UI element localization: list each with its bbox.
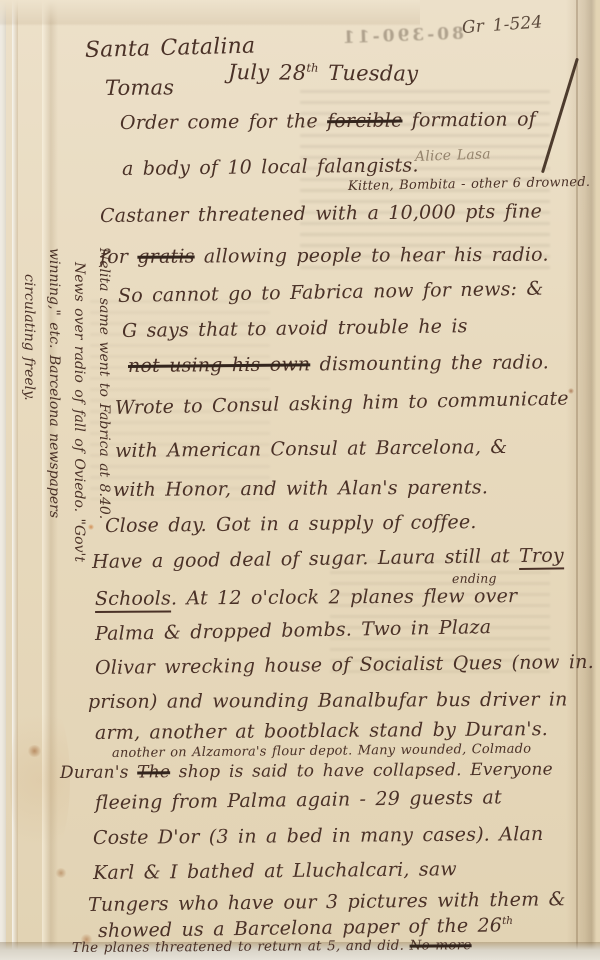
manuscript-line: Karl & I bathed at Lluchalcari, saw (93, 858, 457, 884)
line-text: with American Consul at Barcelona, & (115, 436, 508, 462)
annotation-text: Alice Lasa (415, 146, 491, 165)
line-text: Castaner threatened with a 10,000 pts fi… (100, 200, 542, 227)
manuscript-line: Castaner threatened with a 10,000 pts fi… (100, 200, 542, 227)
manuscript-line: not using his own dismounting the radio. (128, 351, 549, 377)
line-text: Coste D'or (3 in a bed in many cases). A… (93, 823, 544, 849)
line-text: a body of 10 local falangists. (122, 154, 419, 180)
line-text: for (100, 246, 138, 268)
margin-note-line: News over radio of fall of Oviedo. "Gov'… (66, 248, 91, 808)
header-date: July 28th Tuesday (228, 60, 418, 86)
struck-text: gratis (137, 246, 194, 268)
date-text: July 28 (228, 60, 307, 85)
margin-note-line: winning," etc. Barcelona newspapers (41, 248, 66, 808)
struck-text: forcible (327, 110, 403, 133)
margin-correction: Duran's (60, 762, 137, 783)
manuscript-line: a body of 10 local falangists. (122, 154, 419, 180)
header-name: Tomas (105, 75, 174, 100)
line-text: shop is said to have collapsed. Everyone (170, 760, 553, 783)
line-text: with Honor, and with Alan's parents. (113, 476, 488, 501)
manuscript-line: with American Consul at Barcelona, & (115, 436, 508, 462)
line-text: formation of (402, 108, 536, 131)
header-place: Santa Catalina (85, 34, 256, 63)
person-name: Tomas (105, 75, 174, 100)
paper-edge-right (566, 0, 600, 960)
manuscript-line: The planes threatened to return at 5, an… (72, 937, 472, 956)
date-superscript: th (306, 61, 318, 75)
pencil-annotation: Alice Lasa (415, 146, 491, 165)
line-text: dismounting the radio. (310, 351, 549, 375)
line-text: prison) and wounding Banalbufar bus driv… (88, 688, 568, 713)
line-text: The planes threatened to return at 5, an… (72, 938, 410, 956)
manuscript-line: Order come for the forcible formation of (120, 108, 536, 134)
superscript: th (502, 915, 513, 927)
manuscript-line: for gratis allowing people to hear his r… (100, 244, 549, 268)
line-text: Close day. Got in a supply of coffee. (105, 511, 477, 537)
paper-top-edge (0, 0, 420, 26)
date-day: Tuesday (318, 61, 418, 86)
manuscript-line: Schools. At 12 o'clock 2 planes flew ove… (95, 585, 517, 610)
annotation-text: ending (452, 571, 497, 586)
paper-edge-line (576, 0, 578, 960)
struck-text: The (137, 762, 170, 782)
interline-annotation: ending (452, 571, 497, 586)
margin-note-line: circulating freely. (16, 248, 41, 808)
ink-stain (55, 868, 67, 878)
manuscript-line: Duran's The shop is said to have collaps… (60, 760, 553, 783)
ink-stain (568, 388, 574, 394)
line-text: Order come for the (120, 110, 327, 134)
manuscript-photo: 80-390-11 Gr 1-524 Santa Catalina Tomas … (0, 0, 600, 960)
line-text: Karl & I bathed at Lluchalcari, saw (93, 858, 457, 884)
manuscript-line: arm, another at bootblack stand by Duran… (95, 718, 548, 744)
line-text: . At 12 o'clock 2 planes flew over (171, 585, 517, 609)
line-text: allowing people to hear his radio. (195, 244, 549, 268)
struck-text: No more (410, 937, 472, 953)
place-name: Santa Catalina (85, 34, 256, 63)
manuscript-line: prison) and wounding Banalbufar bus driv… (88, 688, 568, 713)
manuscript-line: with Honor, and with Alan's parents. (113, 476, 488, 501)
line-text: arm, another at bootblack stand by Duran… (95, 718, 548, 744)
manuscript-line: Close day. Got in a supply of coffee. (105, 511, 477, 537)
underlined-text: Troy (519, 544, 564, 570)
underlined-text: Schools (95, 587, 171, 613)
manuscript-line: Coste D'or (3 in a bed in many cases). A… (93, 823, 544, 849)
struck-text: not using his own (128, 353, 310, 377)
